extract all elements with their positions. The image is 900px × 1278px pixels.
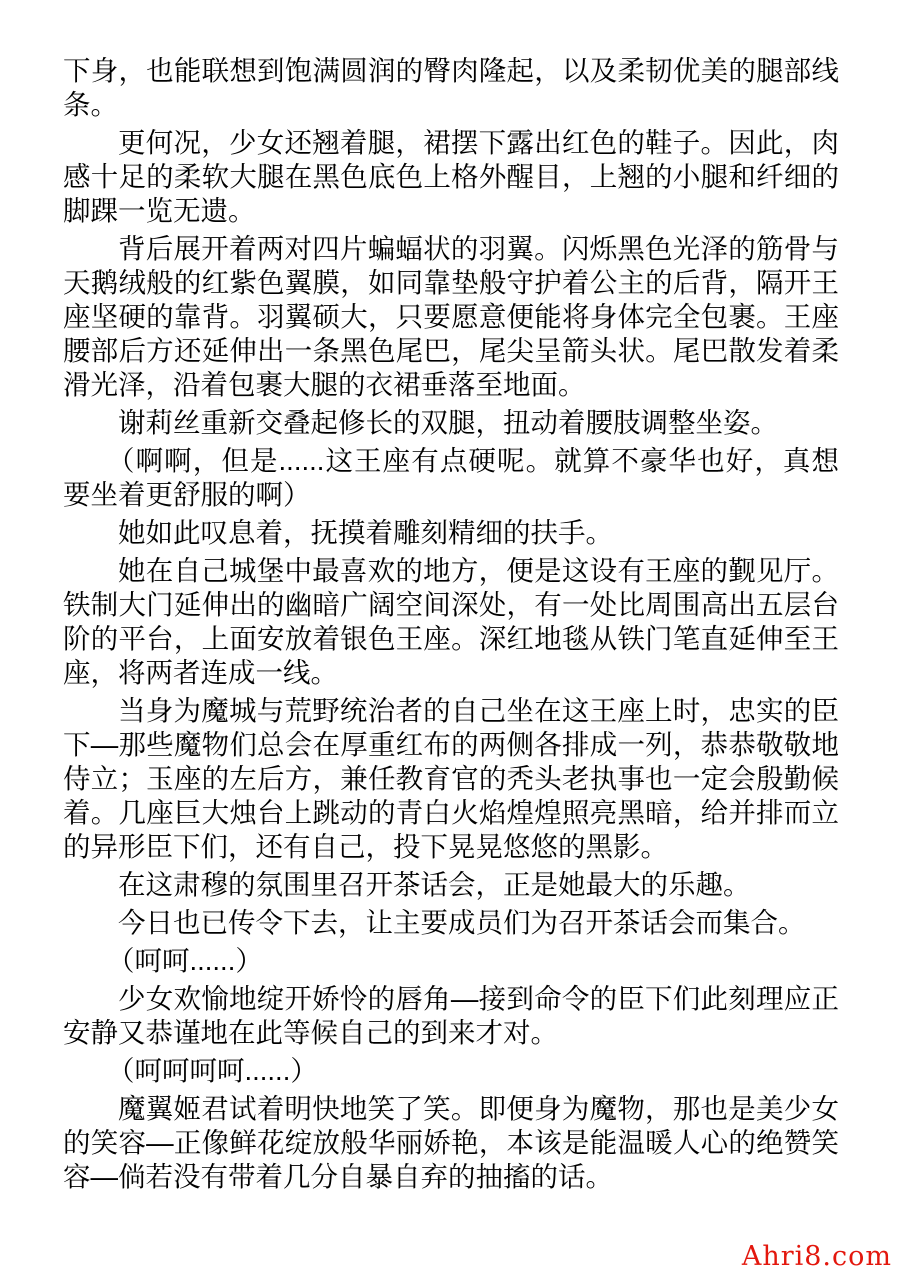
paragraph: 她如此叹息着，抚摸着雕刻精细的扶手。 [63, 516, 839, 550]
paragraph: （啊啊，但是......这王座有点硬呢。就算不豪华也好，真想要坐着更舒服的啊） [63, 444, 839, 512]
document-page: 下身，也能联想到饱满圆润的臀肉隆起，以及柔韧优美的腿部线条。更何况，少女还翘着腿… [0, 0, 900, 1278]
watermark-text: Ahri8.com [742, 1241, 892, 1272]
paragraph: （呵呵呵呵......） [63, 1054, 839, 1088]
paragraph: 今日也已传令下去，让主要成员们为召开茶话会而集合。 [63, 906, 839, 940]
paragraph: （呵呵......） [63, 944, 839, 978]
paragraph: 谢莉丝重新交叠起修长的双腿，扭动着腰肢调整坐姿。 [63, 406, 839, 440]
novel-text-body: 下身，也能联想到饱满圆润的臀肉隆起，以及柔韧优美的腿部线条。更何况，少女还翘着腿… [63, 54, 839, 1198]
paragraph: 她在自己城堡中最喜欢的地方，便是这设有王座的觐见厅。铁制大门延伸出的幽暗广阔空间… [63, 554, 839, 690]
paragraph: 当身为魔城与荒野统治者的自己坐在这王座上时，忠实的臣下—那些魔物们总会在厚重红布… [63, 694, 839, 864]
paragraph: 魔翼姬君试着明快地笑了笑。即便身为魔物，那也是美少女的笑容—正像鲜花绽放般华丽娇… [63, 1092, 839, 1194]
paragraph: 背后展开着两对四片蝙蝠状的羽翼。闪烁黑色光泽的筋骨与天鹅绒般的红紫色翼膜，如同靠… [63, 232, 839, 402]
paragraph: 下身，也能联想到饱满圆润的臀肉隆起，以及柔韧优美的腿部线条。 [63, 54, 839, 122]
paragraph: 少女欢愉地绽开娇怜的唇角—接到命令的臣下们此刻理应正安静又恭谨地在此等候自己的到… [63, 982, 839, 1050]
paragraph: 在这肃穆的氛围里召开茶话会，正是她最大的乐趣。 [63, 868, 839, 902]
paragraph: 更何况，少女还翘着腿，裙摆下露出红色的鞋子。因此，肉感十足的柔软大腿在黑色底色上… [63, 126, 839, 228]
